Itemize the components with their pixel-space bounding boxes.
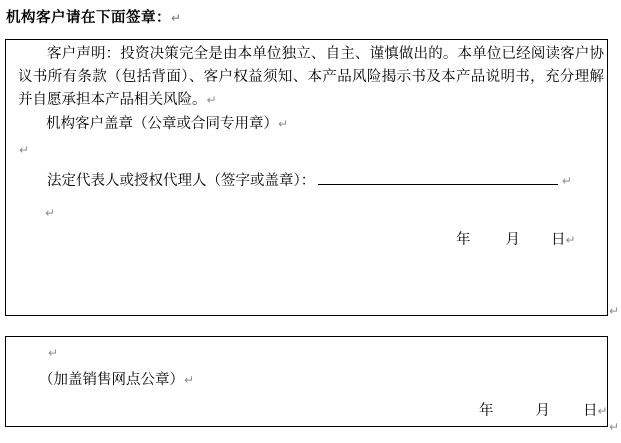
sales-outlet-seal-box: ↵ （加盖销售网点公章）↵ 年月日↵ <box>5 336 608 427</box>
signature-blank-field[interactable] <box>318 169 558 185</box>
customer-declaration-text: 客户声明：投资决策完全是由本单位独立、自主、谨慎做出的。本单位已经阅读客户协议书… <box>18 46 604 108</box>
empty-paragraph: ↵ <box>45 204 55 222</box>
paragraph-mark-icon: ↵ <box>566 233 576 247</box>
empty-paragraph: ↵ <box>609 302 619 320</box>
date-day-label: 日 <box>583 403 598 419</box>
paragraph-mark-icon: ↵ <box>207 93 217 107</box>
paragraph-mark-icon: ↵ <box>598 404 608 418</box>
empty-paragraph: ↵ <box>609 418 619 436</box>
paragraph-mark-icon: ↵ <box>609 304 619 318</box>
empty-paragraph: ↵ <box>48 344 58 362</box>
paragraph-mark-icon: ↵ <box>19 143 29 157</box>
date-year-label: 年 <box>456 232 471 248</box>
date-month-label: 月 <box>536 403 551 419</box>
date-year-label: 年 <box>479 403 494 419</box>
legal-rep-signature-line: 法定代表人或授权代理人（签字或盖章）： ↵ <box>47 169 572 190</box>
paragraph-mark-icon: ↵ <box>184 373 194 387</box>
org-seal-label-line: 机构客户盖章（公章或合同专用章）↵ <box>46 112 288 133</box>
date-day-label: 日 <box>551 232 566 248</box>
institution-declaration-box: 客户声明：投资决策完全是由本单位独立、自主、谨慎做出的。本单位已经阅读客户协议书… <box>5 39 608 316</box>
paragraph-mark-icon: ↵ <box>48 346 58 360</box>
paragraph-mark-icon: ↵ <box>609 420 619 434</box>
legal-rep-label: 法定代表人或授权代理人（签字或盖章）： <box>47 173 315 189</box>
org-seal-label: 机构客户盖章（公章或合同专用章） <box>46 116 278 132</box>
paragraph-mark-icon: ↵ <box>171 11 182 25</box>
date-line: 年月日↵ <box>479 399 608 420</box>
paragraph-mark-icon: ↵ <box>278 117 288 131</box>
outlet-seal-label: （加盖销售网点公章） <box>39 372 184 388</box>
empty-paragraph: ↵ <box>19 141 29 159</box>
date-line: 年月日↵ <box>456 228 576 249</box>
customer-declaration-paragraph: 客户声明：投资决策完全是由本单位独立、自主、谨慎做出的。本单位已经阅读客户协议书… <box>18 43 604 112</box>
page-heading-text: 机构客户请在下面签章： <box>6 10 171 26</box>
paragraph-mark-icon: ↵ <box>45 206 55 220</box>
page-heading: 机构客户请在下面签章：↵ <box>6 6 182 27</box>
outlet-seal-label-line: （加盖销售网点公章）↵ <box>39 368 194 389</box>
date-month-label: 月 <box>506 232 521 248</box>
paragraph-mark-icon: ↵ <box>562 174 572 188</box>
